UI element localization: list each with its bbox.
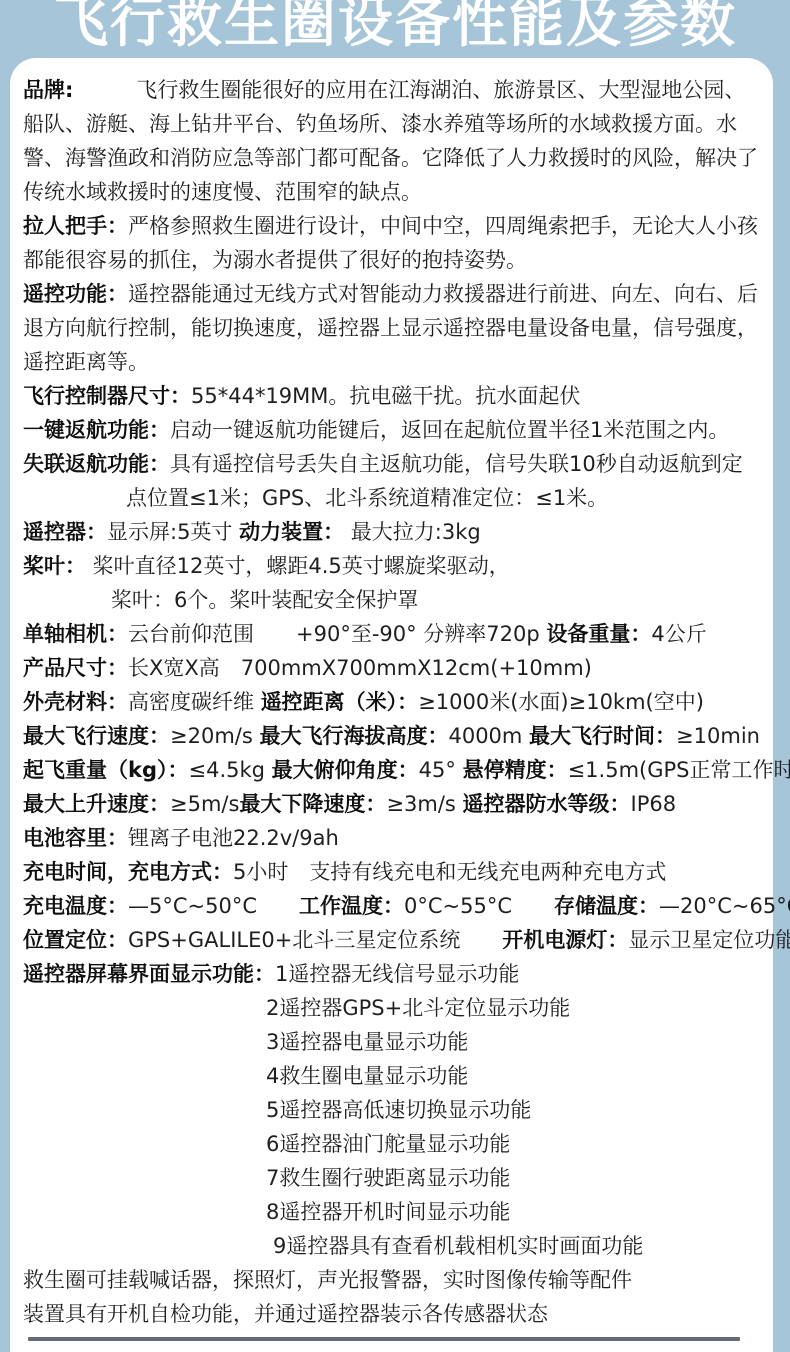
spec-line: 飞行控制器尺寸：55*44*19MM。抗电磁干扰。抗水面起伏	[23, 379, 761, 413]
spec-line: 桨叶： 桨叶直径12英寸，螺距4.5英寸螺旋桨驱动，	[23, 549, 761, 583]
spec-label: 最大飞行海拔高度：	[259, 724, 448, 748]
spec-label: 失联返航功能：	[23, 452, 170, 476]
spec-text: 飞行救生圈能很好的应用在江海湖泊、旅游景区、大型湿地公园、	[73, 78, 745, 102]
spec-text: 55*44*19MM。抗电磁干扰。抗水面起伏	[191, 384, 580, 408]
spec-text: 长X宽X高 700mmX700mmX12cm(+10mm)	[128, 656, 592, 680]
spec-text: 最大拉力:3kg	[344, 520, 481, 544]
spec-label: 产品尺寸：	[23, 656, 128, 680]
spec-line: 遥控距离等。	[23, 345, 761, 379]
spec-line: 单轴相机：云台前仰范围 +90°至-90° 分辨率720p 设备重量：4公斤	[23, 617, 761, 651]
spec-label: 桨叶：	[23, 554, 86, 578]
spec-text: 桨叶：6个。桨叶装配安全保护罩	[111, 588, 418, 612]
spec-text: 4公斤	[651, 622, 706, 646]
spec-text: 4救生圈电量显示功能	[266, 1064, 468, 1088]
spec-card: 品牌: 飞行救生圈能很好的应用在江海湖泊、旅游景区、大型湿地公园、船队、游艇、海…	[10, 58, 773, 1352]
spec-line: 最大飞行速度：≥20m/s 最大飞行海拔高度：4000m 最大飞行时间：≥10m…	[23, 719, 761, 753]
spec-line: 产品尺寸：长X宽X高 700mmX700mmX12cm(+10mm)	[23, 651, 761, 685]
spec-text: 显示屏:5英寸	[107, 520, 239, 544]
spec-label: 动力装置：	[239, 520, 344, 544]
title-band: 飞行救生圈设备性能及参数	[0, 0, 790, 58]
spec-line: 遥控器：显示屏:5英寸 动力装置： 最大拉力:3kg	[23, 515, 761, 549]
spec-text: 3遥控器电量显示功能	[266, 1030, 468, 1054]
spec-text: 高密度碳纤维	[128, 690, 261, 714]
spec-text: 船队、游艇、海上钻井平台、钓鱼场所、漆水养殖等场所的水域救援方面。水	[23, 112, 737, 136]
spec-text: 云台前仰范围 +90°至-90° 分辨率720p	[128, 622, 546, 646]
spec-line: 点位置≤1米；GPS、北斗系统道精准定位：≤1米。	[23, 481, 761, 515]
spec-text: 遥控距离等。	[23, 350, 149, 374]
spec-label: 最大上升速度：	[23, 792, 170, 816]
spec-text: GPS+GALILE0+北斗三星定位系统	[128, 928, 502, 952]
spec-label: 遥控器屏幕界面显示功能：	[23, 962, 275, 986]
spec-content: 品牌: 飞行救生圈能很好的应用在江海湖泊、旅游景区、大型湿地公园、船队、游艇、海…	[10, 58, 773, 1331]
spec-line: 救生圈可挂载喊话器，探照灯，声光报警器，实时图像传输等配件	[23, 1263, 761, 1297]
spec-label: 工作温度：	[299, 894, 404, 918]
spec-label: 最大俯仰角度：	[272, 758, 419, 782]
spec-line: 一键返航功能：启动一键返航功能键后，返回在起航位置半径1米范围之内。	[23, 413, 761, 447]
spec-text: 启动一键返航功能键后，返回在起航位置半径1米范围之内。	[170, 418, 729, 442]
spec-text: 严格参照救生圈进行设计，中间中空，四周绳索把手，无论大人小孩	[128, 214, 758, 238]
spec-text: ≥1000米(水面)≥10km(空中)	[418, 690, 704, 714]
spec-label: 遥控器防水等级：	[463, 792, 631, 816]
spec-text: 2遥控器GPS+北斗定位显示功能	[266, 996, 570, 1020]
spec-line: 失联返航功能：具有遥控信号丢失自主返航功能，信号失联10秒自动返航到定	[23, 447, 761, 481]
spec-text: 警、海警渔政和消防应急等部门都可配备。它降低了人力救援时的风险，解决了	[23, 146, 758, 170]
spec-label: 存储温度：	[554, 894, 659, 918]
spec-text: 45°	[419, 758, 463, 782]
spec-label: 设备重量：	[546, 622, 651, 646]
spec-label: 悬停精度：	[463, 758, 568, 782]
spec-line: 传统水域救援时的速度慢、范围窄的缺点。	[23, 175, 761, 209]
spec-text: ≥5m/s	[170, 792, 239, 816]
spec-line: 8遥控器开机时间显示功能	[23, 1195, 761, 1229]
spec-line: 3遥控器电量显示功能	[23, 1025, 761, 1059]
spec-line: 7救生圈行驶距离显示功能	[23, 1161, 761, 1195]
spec-text: 9遥控器具有查看机载相机实时画面功能	[273, 1234, 643, 1258]
spec-text: 都能很容易的抓住，为溺水者提供了很好的抱持姿势。	[23, 248, 527, 272]
spec-text: —5°C~50°C	[128, 894, 299, 918]
spec-line: 9遥控器具有查看机载相机实时画面功能	[23, 1229, 761, 1263]
spec-label: 飞行控制器尺寸：	[23, 384, 191, 408]
spec-line: 遥控功能：遥控器能通过无线方式对智能动力救援器进行前进、向左、向右、后	[23, 277, 761, 311]
spec-label: 一键返航功能：	[23, 418, 170, 442]
cropped-next-section-strip	[28, 1337, 740, 1341]
spec-line: 品牌: 飞行救生圈能很好的应用在江海湖泊、旅游景区、大型湿地公园、	[23, 73, 761, 107]
spec-text: 1遥控器无线信号显示功能	[275, 962, 519, 986]
spec-text: 装置具有开机自检功能，并通过遥控器装示各传感器状态	[23, 1302, 548, 1326]
spec-line: 退方向航行控制，能切换速度，遥控器上显示遥控器电量设备电量，信号强度，	[23, 311, 761, 345]
spec-text: 8遥控器开机时间显示功能	[266, 1200, 510, 1224]
spec-text: 锂离子电池22.2v/9ah	[128, 826, 339, 850]
spec-line: 充电温度：—5°C~50°C 工作温度：0°C~55°C 存储温度：—20°C~…	[23, 889, 761, 923]
spec-line: 4救生圈电量显示功能	[23, 1059, 761, 1093]
spec-text: 救生圈可挂载喊话器，探照灯，声光报警器，实时图像传输等配件	[23, 1268, 632, 1292]
spec-text: 传统水域救援时的速度慢、范围窄的缺点。	[23, 180, 422, 204]
spec-text: 4000m	[448, 724, 529, 748]
spec-label: 外壳材料：	[23, 690, 128, 714]
spec-text: 5小时 支持有线充电和无线充电两种充电方式	[233, 860, 666, 884]
spec-line: 遥控器屏幕界面显示功能：1遥控器无线信号显示功能	[23, 957, 761, 991]
spec-line: 警、海警渔政和消防应急等部门都可配备。它降低了人力救援时的风险，解决了	[23, 141, 761, 175]
spec-line: 充电时间，充电方式：5小时 支持有线充电和无线充电两种充电方式	[23, 855, 761, 889]
spec-label: 充电时间，充电方式：	[23, 860, 233, 884]
spec-line: 外壳材料：高密度碳纤维 遥控距离（米）：≥1000米(水面)≥10km(空中)	[23, 685, 761, 719]
spec-label: 位置定位：	[23, 928, 128, 952]
spec-line: 电池容里：锂离子电池22.2v/9ah	[23, 821, 761, 855]
spec-text: 显示卫星定位功能	[628, 928, 790, 952]
spec-text: ≥20m/s	[170, 724, 259, 748]
spec-text: 0°C~55°C	[404, 894, 554, 918]
spec-text: 具有遥控信号丢失自主返航功能，信号失联10秒自动返航到定	[170, 452, 743, 476]
spec-text: IP68	[631, 792, 677, 816]
spec-line: 装置具有开机自检功能，并通过遥控器装示各传感器状态	[23, 1297, 761, 1331]
spec-text: 点位置≤1米；GPS、北斗系统道精准定位：≤1米。	[126, 486, 608, 510]
spec-text: —20°C~65°C	[659, 894, 790, 918]
spec-label: 起飞重量（kg）：	[23, 758, 189, 782]
spec-line: 5遥控器高低速切换显示功能	[23, 1093, 761, 1127]
spec-line: 位置定位：GPS+GALILE0+北斗三星定位系统 开机电源灯：显示卫星定位功能	[23, 923, 761, 957]
spec-line: 6遥控器油门舵量显示功能	[23, 1127, 761, 1161]
spec-label: 遥控功能：	[23, 282, 128, 306]
spec-line: 起飞重量（kg）：≤4.5kg 最大俯仰角度：45° 悬停精度：≤1.5m(GP…	[23, 753, 761, 787]
spec-line: 拉人把手：严格参照救生圈进行设计，中间中空，四周绳索把手，无论大人小孩	[23, 209, 761, 243]
spec-label: 充电温度：	[23, 894, 128, 918]
spec-line: 最大上升速度：≥5m/s最大下降速度：≥3m/s 遥控器防水等级：IP68	[23, 787, 761, 821]
spec-text: 5遥控器高低速切换显示功能	[266, 1098, 531, 1122]
spec-label: 遥控器：	[23, 520, 107, 544]
spec-label: 电池容里：	[23, 826, 128, 850]
spec-label: 品牌:	[23, 78, 73, 102]
spec-text: 桨叶直径12英寸，螺距4.5英寸螺旋桨驱动，	[86, 554, 510, 578]
spec-label: 最大飞行时间：	[529, 724, 676, 748]
page-title: 飞行救生圈设备性能及参数	[0, 0, 790, 57]
spec-label: 开机电源灯：	[502, 928, 628, 952]
spec-line: 都能很容易的抓住，为溺水者提供了很好的抱持姿势。	[23, 243, 761, 277]
spec-line: 船队、游艇、海上钻井平台、钓鱼场所、漆水养殖等场所的水域救援方面。水	[23, 107, 761, 141]
spec-line: 桨叶：6个。桨叶装配安全保护罩	[23, 583, 761, 617]
spec-text: 遥控器能通过无线方式对智能动力救援器进行前进、向左、向右、后	[128, 282, 758, 306]
spec-label: 单轴相机：	[23, 622, 128, 646]
spec-text: 6遥控器油门舵量显示功能	[266, 1132, 510, 1156]
spec-text: 退方向航行控制，能切换速度，遥控器上显示遥控器电量设备电量，信号强度，	[23, 316, 758, 340]
spec-text: 7救生圈行驶距离显示功能	[266, 1166, 510, 1190]
spec-text: ≤4.5kg	[189, 758, 272, 782]
spec-label: 最大下降速度：	[239, 792, 386, 816]
spec-text: ≥3m/s	[386, 792, 462, 816]
spec-text: ≥10min	[676, 724, 760, 748]
spec-line: 2遥控器GPS+北斗定位显示功能	[23, 991, 761, 1025]
spec-label: 最大飞行速度：	[23, 724, 170, 748]
spec-label: 遥控距离（米）：	[261, 690, 419, 714]
spec-text: ≤1.5m(GPS正常工作时)	[568, 758, 790, 782]
spec-label: 拉人把手：	[23, 214, 128, 238]
